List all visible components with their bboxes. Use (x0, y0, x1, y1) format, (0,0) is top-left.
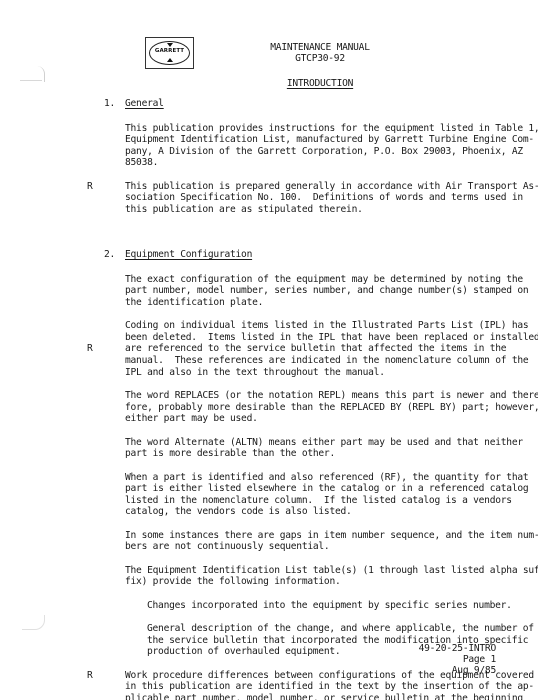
garrett-logo: GARRETT (145, 37, 194, 69)
paragraph-line: The Equipment Identification List table(… (125, 565, 538, 577)
paragraph-line: pany, A Division of the Garrett Corporat… (125, 146, 523, 158)
paragraph-line: The exact configuration of the equipment… (125, 274, 523, 286)
logo-triangle-up-icon (167, 58, 173, 62)
chapter-reference: 49-20-25-INTRO (419, 643, 496, 655)
paragraph-line: listed in the nomenclature column. If th… (125, 495, 512, 507)
paragraph-line: the identification plate. (125, 297, 263, 309)
paragraph-line: This publication provides instructions f… (125, 123, 538, 135)
paragraph-line: part number, model number, series number… (125, 285, 528, 297)
paragraph-line: part is either listed elsewhere in the c… (125, 483, 528, 495)
paragraph-line: in this publication are identified in th… (125, 681, 534, 693)
section-number: 2. (104, 249, 115, 261)
paragraph-line: Changes incorporated into the equipment … (147, 600, 512, 612)
paragraph-line: production of overhauled equipment. (147, 646, 340, 658)
logo-text: GARRETT (146, 48, 193, 54)
model-number: GTCP30-92 (250, 53, 390, 65)
scan-mark (22, 615, 45, 630)
paragraph-line: fore, probably more desirable than the R… (125, 402, 538, 414)
revision-date: Aug 9/85 (452, 665, 496, 677)
paragraph-line: General description of the change, and w… (147, 623, 534, 635)
section-title: INTRODUCTION (250, 78, 390, 90)
revision-marker: R (87, 343, 93, 355)
paragraph-line: The word REPLACES (or the notation REPL)… (125, 390, 538, 402)
paragraph-line: plicable part number, model number, or s… (125, 693, 523, 700)
scan-mark (36, 66, 45, 82)
section-number: 1. (104, 98, 115, 110)
manual-title: MAINTENANCE MANUAL (250, 42, 390, 54)
paragraph-line: When a part is identified and also refer… (125, 472, 528, 484)
paragraph-line: sociation Specification No. 100. Definit… (125, 192, 523, 204)
paragraph-line: part is more desirable than the other. (125, 448, 335, 460)
page-number: Page 1 (463, 654, 496, 666)
paragraph-line: bers are not continuously sequential. (125, 541, 329, 553)
paragraph-line: Coding on individual items listed in the… (125, 320, 528, 332)
paragraph-line: are referenced to the service bulletin t… (125, 343, 506, 355)
paragraph-line: fix) provide the following information. (125, 576, 341, 588)
paragraph-line: been deleted. Items listed in the IPL th… (125, 332, 538, 344)
paragraph-line: Equipment Identification List, manufactu… (125, 134, 534, 146)
section-heading: General (125, 98, 164, 110)
paragraph-line: manual. These references are indicated i… (125, 355, 528, 367)
paragraph-line: The word Alternate (ALTN) means either p… (125, 437, 523, 449)
paragraph-line: In some instances there are gaps in item… (125, 530, 538, 542)
paragraph-line: 85038. (125, 157, 158, 169)
logo-triangle-down-icon (167, 43, 173, 47)
paragraph-line: IPL and also in the text throughout the … (125, 367, 385, 379)
paragraph-line: catalog, the vendors code is also listed… (125, 506, 352, 518)
revision-marker: R (87, 181, 93, 193)
paragraph-line: this publication are as stipulated there… (125, 204, 363, 216)
paragraph-line: This publication is prepared generally i… (125, 181, 538, 193)
section-heading: Equipment Configuration (125, 249, 252, 261)
revision-marker: R (87, 670, 93, 682)
paragraph-line: either part may be used. (125, 413, 258, 425)
